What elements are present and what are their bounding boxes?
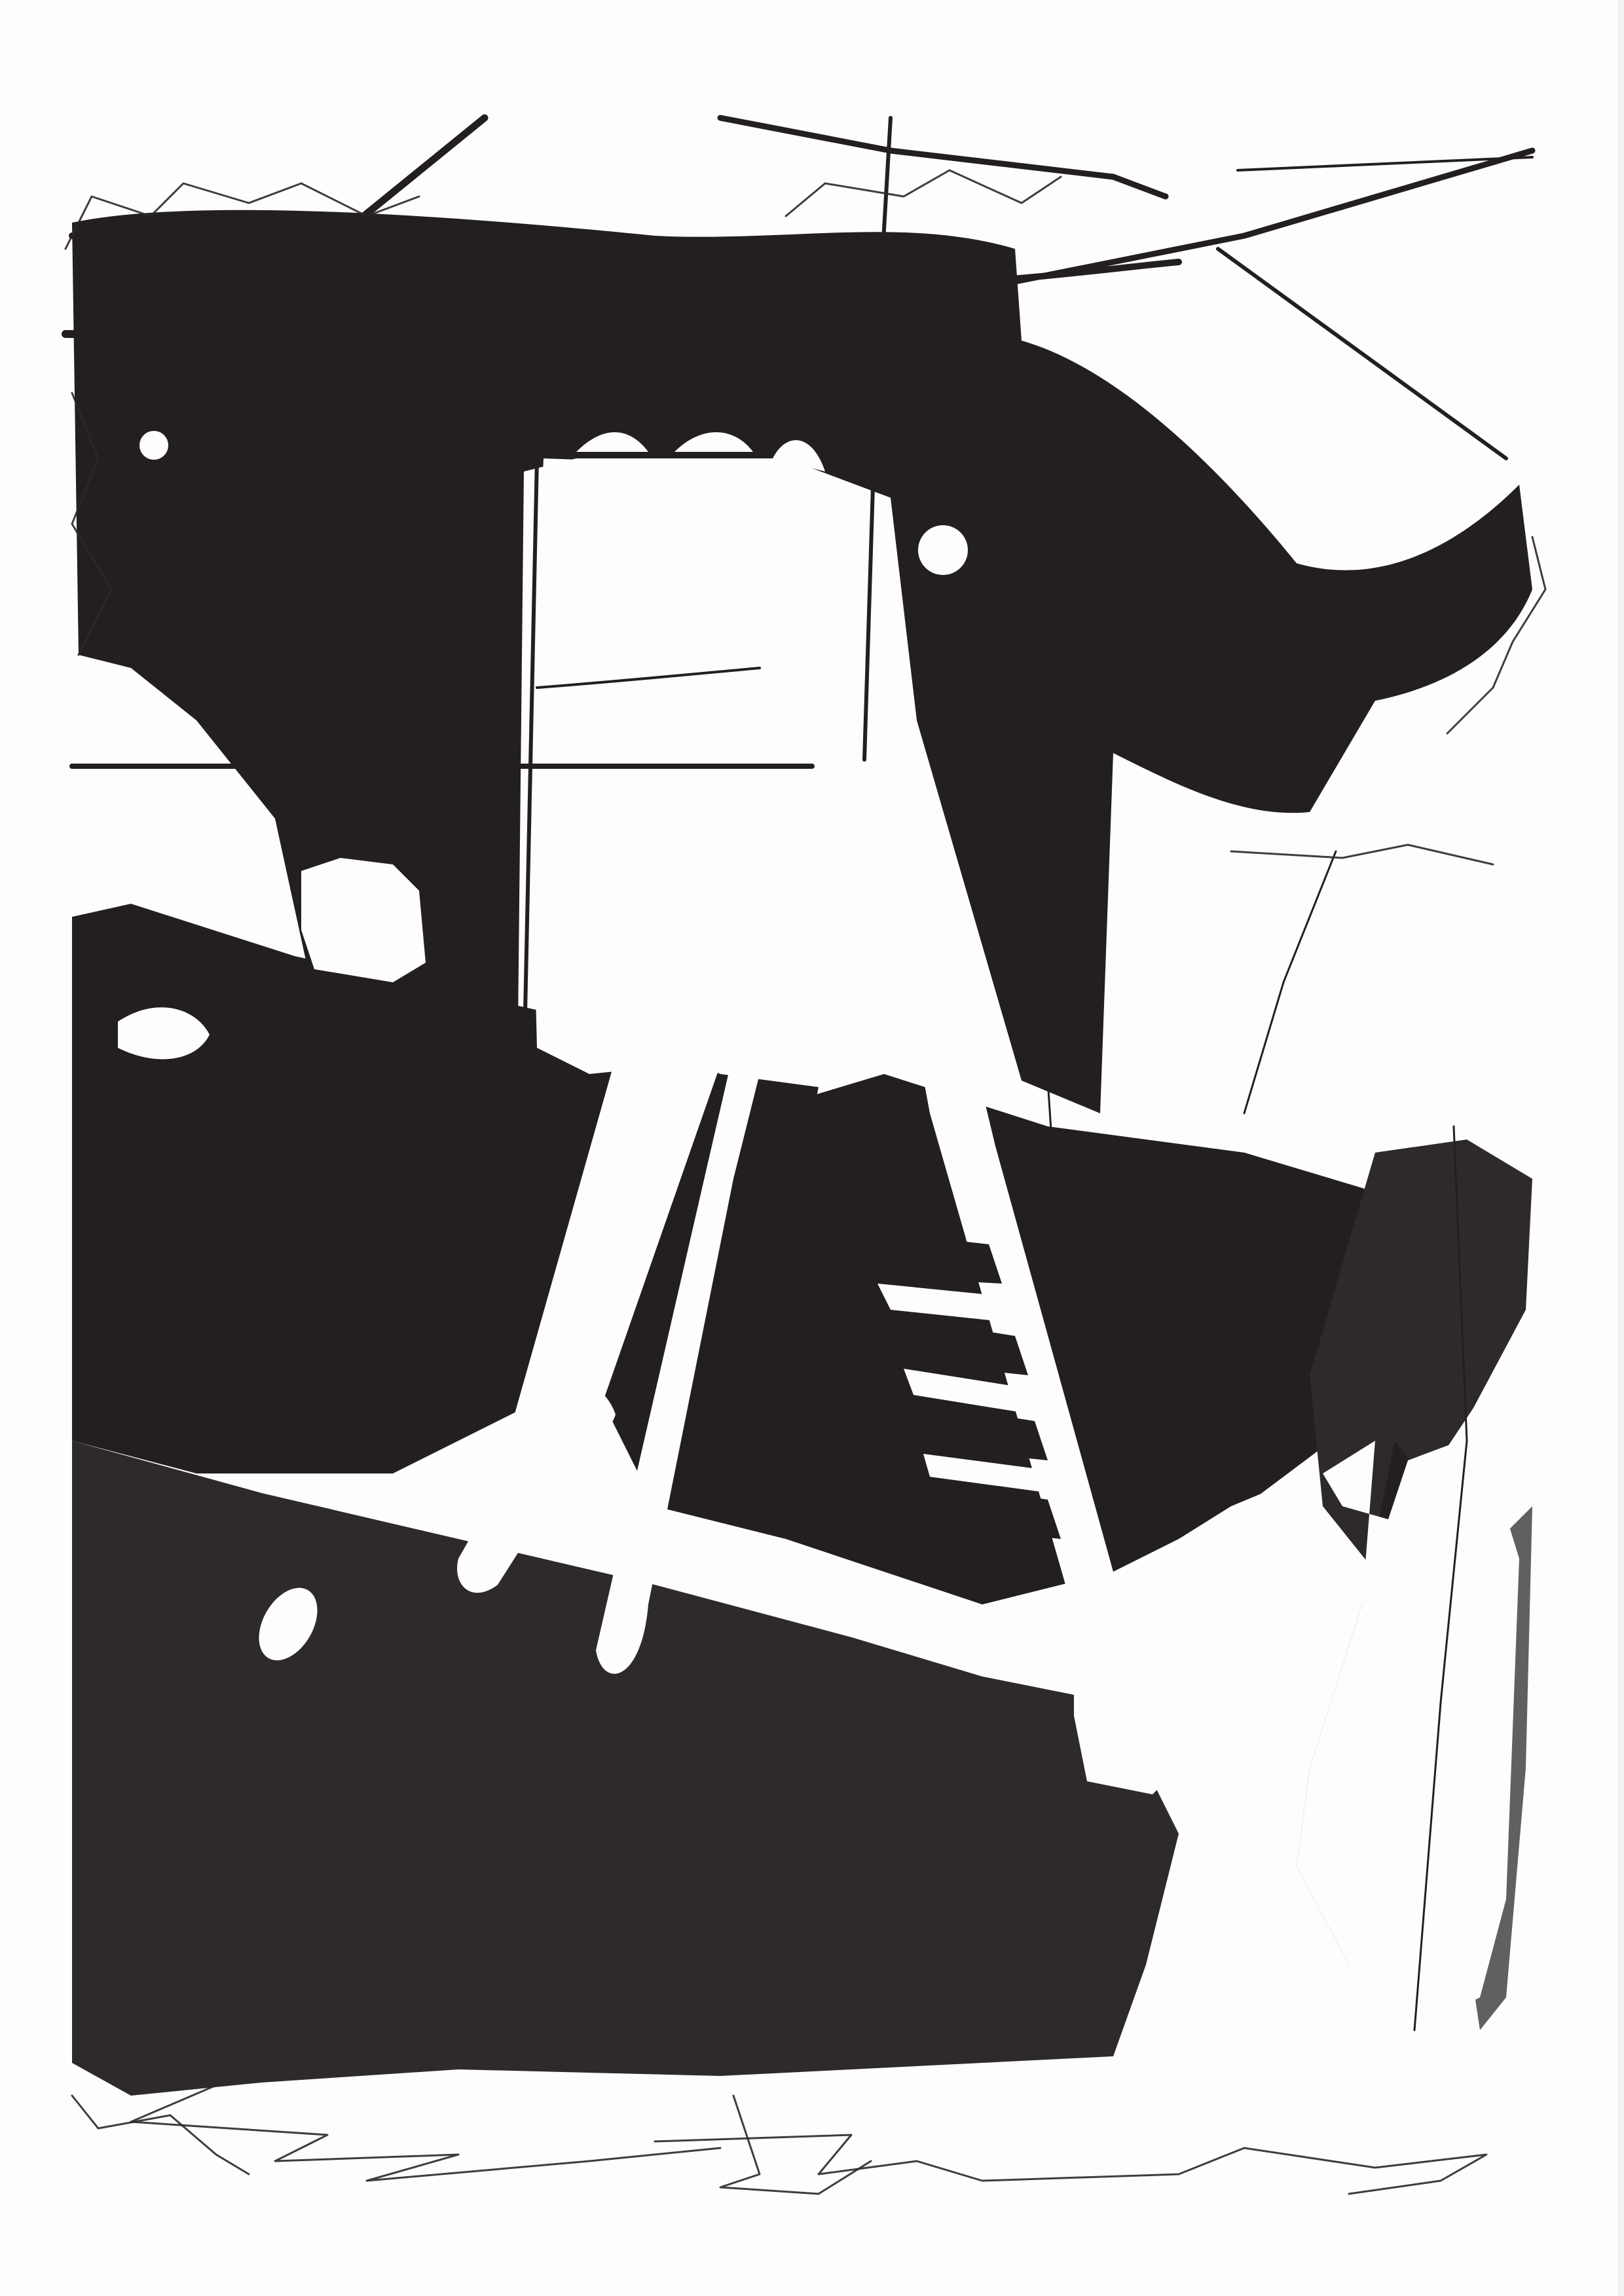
right-door-opening [1297,1441,1519,2030]
top-fringe-mid [786,170,1061,216]
bottom-fringe-center [720,2096,871,2194]
antenna-mid-arm [720,118,1166,196]
round-hole [918,525,968,575]
left-round-hole [139,431,168,460]
ladder-drawing [0,0,1624,2296]
bottom-fringe-tail [72,2096,249,2174]
left-gap [72,688,170,825]
right-mid-wall [1113,753,1375,1113]
bottom-fringe-right [655,2135,1486,2194]
